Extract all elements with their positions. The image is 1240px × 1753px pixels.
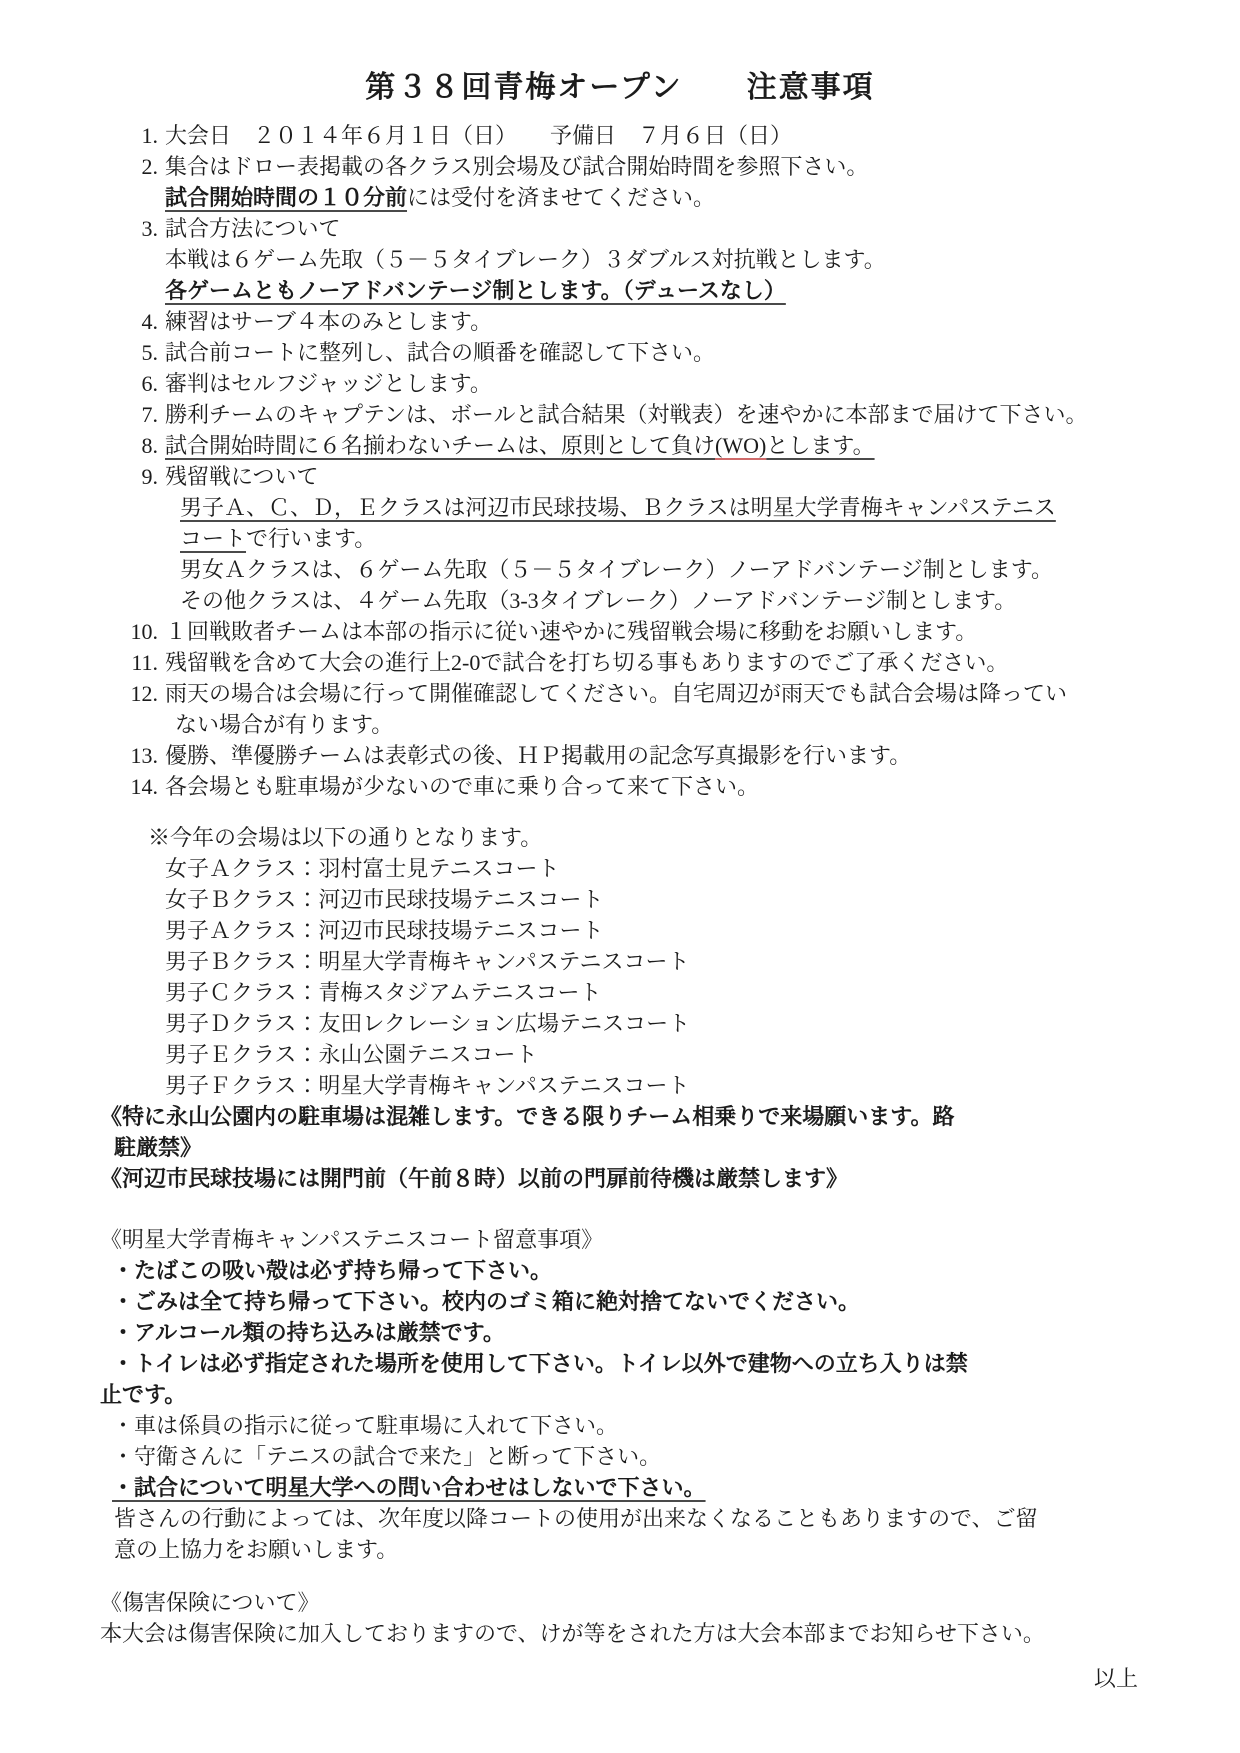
text-segment: １回戦敗者チームは本部の指示に従い速やかに残留戦会場に移動をお願いします。 [165,619,977,644]
list-number: 6. [100,368,165,399]
doc-line: 3.試合方法について [100,213,1140,244]
list-number: 2. [100,151,165,182]
doc-line: 男子Ｃクラス：青梅スタジアムテニスコート [100,977,1140,1008]
line-text: 男子Ａクラス：河辺市民球技場テニスコート [165,918,603,943]
doc-line: 9.残留戦について [100,461,1140,492]
text-segment: ない場合が有ります。 [175,712,393,737]
text-segment: ・試合について明星大学への問い合わせはしないで下さい。 [112,1475,706,1500]
line-text: 男子Ａ、Ｃ、Ｄ，Ｅクラスは河辺市民球技場、Ｂクラスは明星大学青梅キャンパステニス [180,495,1056,520]
doc-line: 2.集合はドロー表掲載の各クラス別会場及び試合開始時間を参照下さい。 [100,151,1140,182]
text-segment: 本大会は傷害保険に加入しておりますので、けが等をされた方は大会本部までお知らせ下… [100,1621,1045,1646]
closing-mark: 以上 [100,1663,1140,1694]
list-number: 10. [100,616,165,647]
doc-line: 本戦は６ゲーム先取（５－５タイブレーク）３ダブルス対抗戦とします。 [100,244,1140,275]
line-text: 残留戦を含めて大会の進行上2-0で試合を打ち切る事もありますのでご了承ください。 [165,647,1008,678]
text-segment: 試合開始時間に６名揃わないチームは、原則として負け [165,433,715,458]
line-text: 《河辺市民球技場には開門前（午前８時）以前の門扉前待機は厳禁します》 [100,1166,848,1191]
text-segment: 女子Ａクラス：羽村富士見テニスコート [165,856,559,881]
doc-line: ・試合について明星大学への問い合わせはしないで下さい。 [100,1472,1140,1503]
doc-line: 7.勝利チームのキャプテンは、ボールと試合結果（対戦表）を速やかに本部まで届けて… [100,399,1140,430]
doc-line: 男子Ｄクラス：友田レクレーション広場テニスコート [100,1008,1140,1039]
list-number: 7. [100,399,165,430]
line-text: 男子Ｆクラス：明星大学青梅キャンパステニスコート [165,1073,689,1098]
line-text: 《特に永山公園内の駐車場は混雑します。できる限りチーム相乗りで来場願います。路 [100,1104,954,1129]
line-text: 男女Ａクラスは、６ゲーム先取（５－５タイブレーク）ノーアドバンテージ制とします。 [180,557,1053,582]
text-segment: ・ごみは全て持ち帰って下さい。校内のゴミ箱に絶対捨てないでください。 [112,1289,860,1314]
doc-line: 11.残留戦を含めて大会の進行上2-0で試合を打ち切る事もありますのでご了承くだ… [100,647,1140,678]
text-segment: 男子Ａクラス：河辺市民球技場テニスコート [165,918,603,943]
doc-line: 13.優勝、準優勝チームは表彰式の後、ＨＰ掲載用の記念写真撮影を行います。 [100,740,1140,771]
text-segment: 《特に永山公園内の駐車場は混雑します。できる限りチーム相乗りで来場願います。路 [100,1104,954,1129]
text-segment: 雨天の場合は会場に行って開催確認してください。自宅周辺が雨天でも試合会場は降って… [165,681,1067,706]
text-segment: 男子Ｃクラス：青梅スタジアムテニスコート [165,980,601,1005]
doc-line: ・アルコール類の持ち込みは厳禁です。 [100,1317,1140,1348]
text-segment: (WO) [715,433,766,458]
text-segment: 練習はサーブ４本のみとします。 [165,309,492,334]
line-text: ・トイレは必ず指定された場所を使用して下さい。トイレ以外で建物への立ち入りは禁 [112,1351,968,1376]
text-segment: その他クラスは、４ゲーム先取（3-3タイブレーク）ノーアドバンテージ制とします。 [180,588,1016,613]
line-text: ・試合について明星大学への問い合わせはしないで下さい。 [112,1475,706,1500]
doc-line: コートで行います。 [100,523,1140,554]
text-segment: 本戦は６ゲーム先取（５－５タイブレーク）３ダブルス対抗戦とします。 [165,247,886,272]
line-text: 女子Ａクラス：羽村富士見テニスコート [165,856,559,881]
venues-section: ※今年の会場は以下の通りとなります。女子Ａクラス：羽村富士見テニスコート女子Ｂク… [100,822,1140,1194]
list-number: 8. [100,430,165,461]
text-segment: とします。 [766,433,874,458]
text-segment: 《傷害保険について》 [100,1590,320,1615]
line-text: 本戦は６ゲーム先取（５－５タイブレーク）３ダブルス対抗戦とします。 [165,247,886,272]
doc-line: 女子Ａクラス：羽村富士見テニスコート [100,853,1140,884]
text-segment: 女子Ｂクラス：河辺市民球技場テニスコート [165,887,603,912]
doc-line: 男子Ａクラス：河辺市民球技場テニスコート [100,915,1140,946]
text-segment: 《河辺市民球技場には開門前（午前８時）以前の門扉前待機は厳禁します》 [100,1166,848,1191]
doc-line: 男子Ａ、Ｃ、Ｄ，Ｅクラスは河辺市民球技場、Ｂクラスは明星大学青梅キャンパステニス [100,492,1140,523]
line-text: 審判はセルフジャッジとします。 [165,368,492,399]
text-segment: 意の上協力をお願いします。 [114,1537,398,1562]
doc-line: ・車は係員の指示に従って駐車場に入れて下さい。 [100,1410,1140,1441]
line-text: 練習はサーブ４本のみとします。 [165,306,492,337]
line-text: 止です。 [100,1382,186,1407]
doc-line: ない場合が有ります。 [100,709,1140,740]
line-text: 《明星大学青梅キャンパステニスコート留意事項》 [100,1227,603,1252]
doc-line: 5.試合前コートに整列し、試合の順番を確認して下さい。 [100,337,1140,368]
text-segment: 男子Ｄクラス：友田レクレーション広場テニスコート [165,1011,690,1036]
text-segment: で行います。 [246,526,376,551]
text-segment: 勝利チームのキャプテンは、ボールと試合結果（対戦表）を速やかに本部まで届けて下さ… [165,402,1087,427]
text-segment: 試合前コートに整列し、試合の順番を確認して下さい。 [165,340,715,365]
text-segment: 男子Ｅクラス：永山公園テニスコート [165,1042,537,1067]
text-segment: 男子Ｆクラス：明星大学青梅キャンパステニスコート [165,1073,689,1098]
doc-line: 《河辺市民球技場には開門前（午前８時）以前の門扉前待機は厳禁します》 [100,1163,1140,1194]
line-text: ・守衛さんに「テニスの試合で来た」と断って下さい。 [112,1444,661,1469]
text-segment: 皆さんの行動によっては、次年度以降コートの使用が出来なくなることもありますので、… [114,1506,1038,1531]
list-number: 1. [100,120,165,151]
text-segment: 各会場とも駐車場が少ないので車に乗り合って来て下さい。 [165,774,759,799]
list-number: 5. [100,337,165,368]
text-segment: コート [180,526,246,551]
list-number: 4. [100,306,165,337]
line-text: 勝利チームのキャプテンは、ボールと試合結果（対戦表）を速やかに本部まで届けて下さ… [165,399,1087,430]
line-text: 優勝、準優勝チームは表彰式の後、ＨＰ掲載用の記念写真撮影を行います。 [165,740,911,771]
list-number: 9. [100,461,165,492]
document-page: 第３８回青梅オープン 注意事項 1.大会日 ２０１４年６月１日（日） 予備日 ７… [0,0,1240,1753]
doc-line: 試合開始時間の１０分前には受付を済ませてください。 [100,182,1140,213]
text-segment: ・車は係員の指示に従って駐車場に入れて下さい。 [112,1413,618,1438]
line-text: コートで行います。 [180,526,376,551]
doc-line: ※今年の会場は以下の通りとなります。 [100,822,1140,853]
doc-line: 男子Ｂクラス：明星大学青梅キャンパステニスコート [100,946,1140,977]
line-text: ・たばこの吸い殻は必ず持ち帰って下さい。 [112,1258,552,1283]
line-text: 雨天の場合は会場に行って開催確認してください。自宅周辺が雨天でも試合会場は降って… [165,678,1067,709]
text-segment: ・守衛さんに「テニスの試合で来た」と断って下さい。 [112,1444,661,1469]
text-segment: 止です。 [100,1382,186,1407]
line-text: 集合はドロー表掲載の各クラス別会場及び試合開始時間を参照下さい。 [165,151,868,182]
line-text: 男子Ｂクラス：明星大学青梅キャンパステニスコート [165,949,689,974]
text-segment: 《明星大学青梅キャンパステニスコート留意事項》 [100,1227,603,1252]
doc-line: 《特に永山公園内の駐車場は混雑します。できる限りチーム相乗りで来場願います。路 [100,1101,1140,1132]
doc-line: 4.練習はサーブ４本のみとします。 [100,306,1140,337]
line-text: 駐厳禁》 [114,1135,202,1160]
line-text: 試合前コートに整列し、試合の順番を確認して下さい。 [165,337,715,368]
line-text: １回戦敗者チームは本部の指示に従い速やかに残留戦会場に移動をお願いします。 [165,616,977,647]
text-segment: 優勝、準優勝チームは表彰式の後、ＨＰ掲載用の記念写真撮影を行います。 [165,743,911,768]
doc-line: ・守衛さんに「テニスの試合で来た」と断って下さい。 [100,1441,1140,1472]
text-segment: 男子Ｂクラス：明星大学青梅キャンパステニスコート [165,949,689,974]
list-number: 11. [100,647,165,678]
text-segment: 審判はセルフジャッジとします。 [165,371,492,396]
text-segment: 男女Ａクラスは、６ゲーム先取（５－５タイブレーク）ノーアドバンテージ制とします。 [180,557,1053,582]
line-text: 皆さんの行動によっては、次年度以降コートの使用が出来なくなることもありますので、… [114,1506,1038,1531]
line-text: 試合開始時間の１０分前には受付を済ませてください。 [165,185,715,210]
line-text: 女子Ｂクラス：河辺市民球技場テニスコート [165,887,603,912]
doc-line: 駐厳禁》 [100,1132,1140,1163]
list-number: 14. [100,771,165,802]
line-text: その他クラスは、４ゲーム先取（3-3タイブレーク）ノーアドバンテージ制とします。 [180,588,1016,613]
line-text: 男子Ｃクラス：青梅スタジアムテニスコート [165,980,601,1005]
line-text: 大会日 ２０１４年６月１日（日） 予備日 ７月６日（日） [165,120,792,151]
text-segment: 駐厳禁》 [114,1135,202,1160]
text-segment: 集合はドロー表掲載の各クラス別会場及び試合開始時間を参照下さい。 [165,154,868,179]
doc-line: 男子Ｅクラス：永山公園テニスコート [100,1039,1140,1070]
insurance-section: 《傷害保険について》本大会は傷害保険に加入しておりますので、けが等をされた方は大… [100,1587,1140,1649]
text-segment: 試合開始時間の１０分前 [165,185,407,210]
line-text: 意の上協力をお願いします。 [114,1537,398,1562]
doc-line: 止です。 [100,1379,1140,1410]
line-text: 各ゲームともノーアドバンテージ制とします。（デュースなし） [165,278,786,303]
line-text: ※今年の会場は以下の通りとなります。 [148,825,542,850]
text-segment: ・たばこの吸い殻は必ず持ち帰って下さい。 [112,1258,552,1283]
text-segment: 大会日 ２０１４年６月１日（日） 予備日 ７月６日（日） [165,123,792,148]
text-segment: ・トイレは必ず指定された場所を使用して下さい。トイレ以外で建物への立ち入りは禁 [112,1351,968,1376]
text-segment: ・アルコール類の持ち込みは厳禁です。 [112,1320,505,1345]
doc-line: 1.大会日 ２０１４年６月１日（日） 予備日 ７月６日（日） [100,120,1140,151]
text-segment: ※今年の会場は以下の通りとなります。 [148,825,542,850]
doc-line: 意の上協力をお願いします。 [100,1534,1140,1565]
line-text: ・アルコール類の持ち込みは厳禁です。 [112,1320,505,1345]
line-text: ・車は係員の指示に従って駐車場に入れて下さい。 [112,1413,618,1438]
page-title: 第３８回青梅オープン 注意事項 [100,66,1140,110]
list-number: 3. [100,213,165,244]
doc-line: 本大会は傷害保険に加入しておりますので、けが等をされた方は大会本部までお知らせ下… [100,1618,1140,1649]
line-text: 試合方法について [165,213,341,244]
meisei-campus-rules-section: 《明星大学青梅キャンパステニスコート留意事項》・たばこの吸い殻は必ず持ち帰って下… [100,1224,1140,1565]
text-segment: 残留戦を含めて大会の進行上2-0で試合を打ち切る事もありますのでご了承ください。 [165,650,1008,675]
line-text: 各会場とも駐車場が少ないので車に乗り合って来て下さい。 [165,771,759,802]
doc-line: 《明星大学青梅キャンパステニスコート留意事項》 [100,1224,1140,1255]
doc-line: 6.審判はセルフジャッジとします。 [100,368,1140,399]
text-segment: 各ゲームともノーアドバンテージ制とします。（デュースなし） [165,278,786,303]
doc-line: 各ゲームともノーアドバンテージ制とします。（デュースなし） [100,275,1140,306]
doc-line: 女子Ｂクラス：河辺市民球技場テニスコート [100,884,1140,915]
line-text: 男子Ｄクラス：友田レクレーション広場テニスコート [165,1011,690,1036]
text-segment: 試合方法について [165,216,341,241]
list-number: 13. [100,740,165,771]
text-segment: 残留戦について [165,464,319,489]
line-text: ・ごみは全て持ち帰って下さい。校内のゴミ箱に絶対捨てないでください。 [112,1289,860,1314]
doc-line: ・トイレは必ず指定された場所を使用して下さい。トイレ以外で建物への立ち入りは禁 [100,1348,1140,1379]
doc-line: 皆さんの行動によっては、次年度以降コートの使用が出来なくなることもありますので、… [100,1503,1140,1534]
line-text: 試合開始時間に６名揃わないチームは、原則として負け(WO)とします。 [165,430,875,461]
doc-line: 男子Ｆクラス：明星大学青梅キャンパステニスコート [100,1070,1140,1101]
line-text: 残留戦について [165,461,319,492]
doc-line: 10.１回戦敗者チームは本部の指示に従い速やかに残留戦会場に移動をお願いします。 [100,616,1140,647]
doc-line: 12.雨天の場合は会場に行って開催確認してください。自宅周辺が雨天でも試合会場は… [100,678,1140,709]
line-text: 《傷害保険について》 [100,1590,320,1615]
line-text: 本大会は傷害保険に加入しておりますので、けが等をされた方は大会本部までお知らせ下… [100,1621,1045,1646]
doc-line: ・ごみは全て持ち帰って下さい。校内のゴミ箱に絶対捨てないでください。 [100,1286,1140,1317]
list-number: 12. [100,678,165,709]
line-text: ない場合が有ります。 [175,712,393,737]
doc-line: その他クラスは、４ゲーム先取（3-3タイブレーク）ノーアドバンテージ制とします。 [100,585,1140,616]
text-segment: には受付を済ませてください。 [407,185,715,210]
doc-line: 8.試合開始時間に６名揃わないチームは、原則として負け(WO)とします。 [100,430,1140,461]
line-text: 男子Ｅクラス：永山公園テニスコート [165,1042,537,1067]
doc-line: 男女Ａクラスは、６ゲーム先取（５－５タイブレーク）ノーアドバンテージ制とします。 [100,554,1140,585]
doc-line: 《傷害保険について》 [100,1587,1140,1618]
text-segment: 男子Ａ、Ｃ、Ｄ，Ｅクラスは河辺市民球技場、Ｂクラスは明星大学青梅キャンパステニス [180,495,1056,520]
notice-list-section: 1.大会日 ２０１４年６月１日（日） 予備日 ７月６日（日）2.集合はドロー表掲… [100,120,1140,802]
doc-line: ・たばこの吸い殻は必ず持ち帰って下さい。 [100,1255,1140,1286]
doc-line: 14.各会場とも駐車場が少ないので車に乗り合って来て下さい。 [100,771,1140,802]
